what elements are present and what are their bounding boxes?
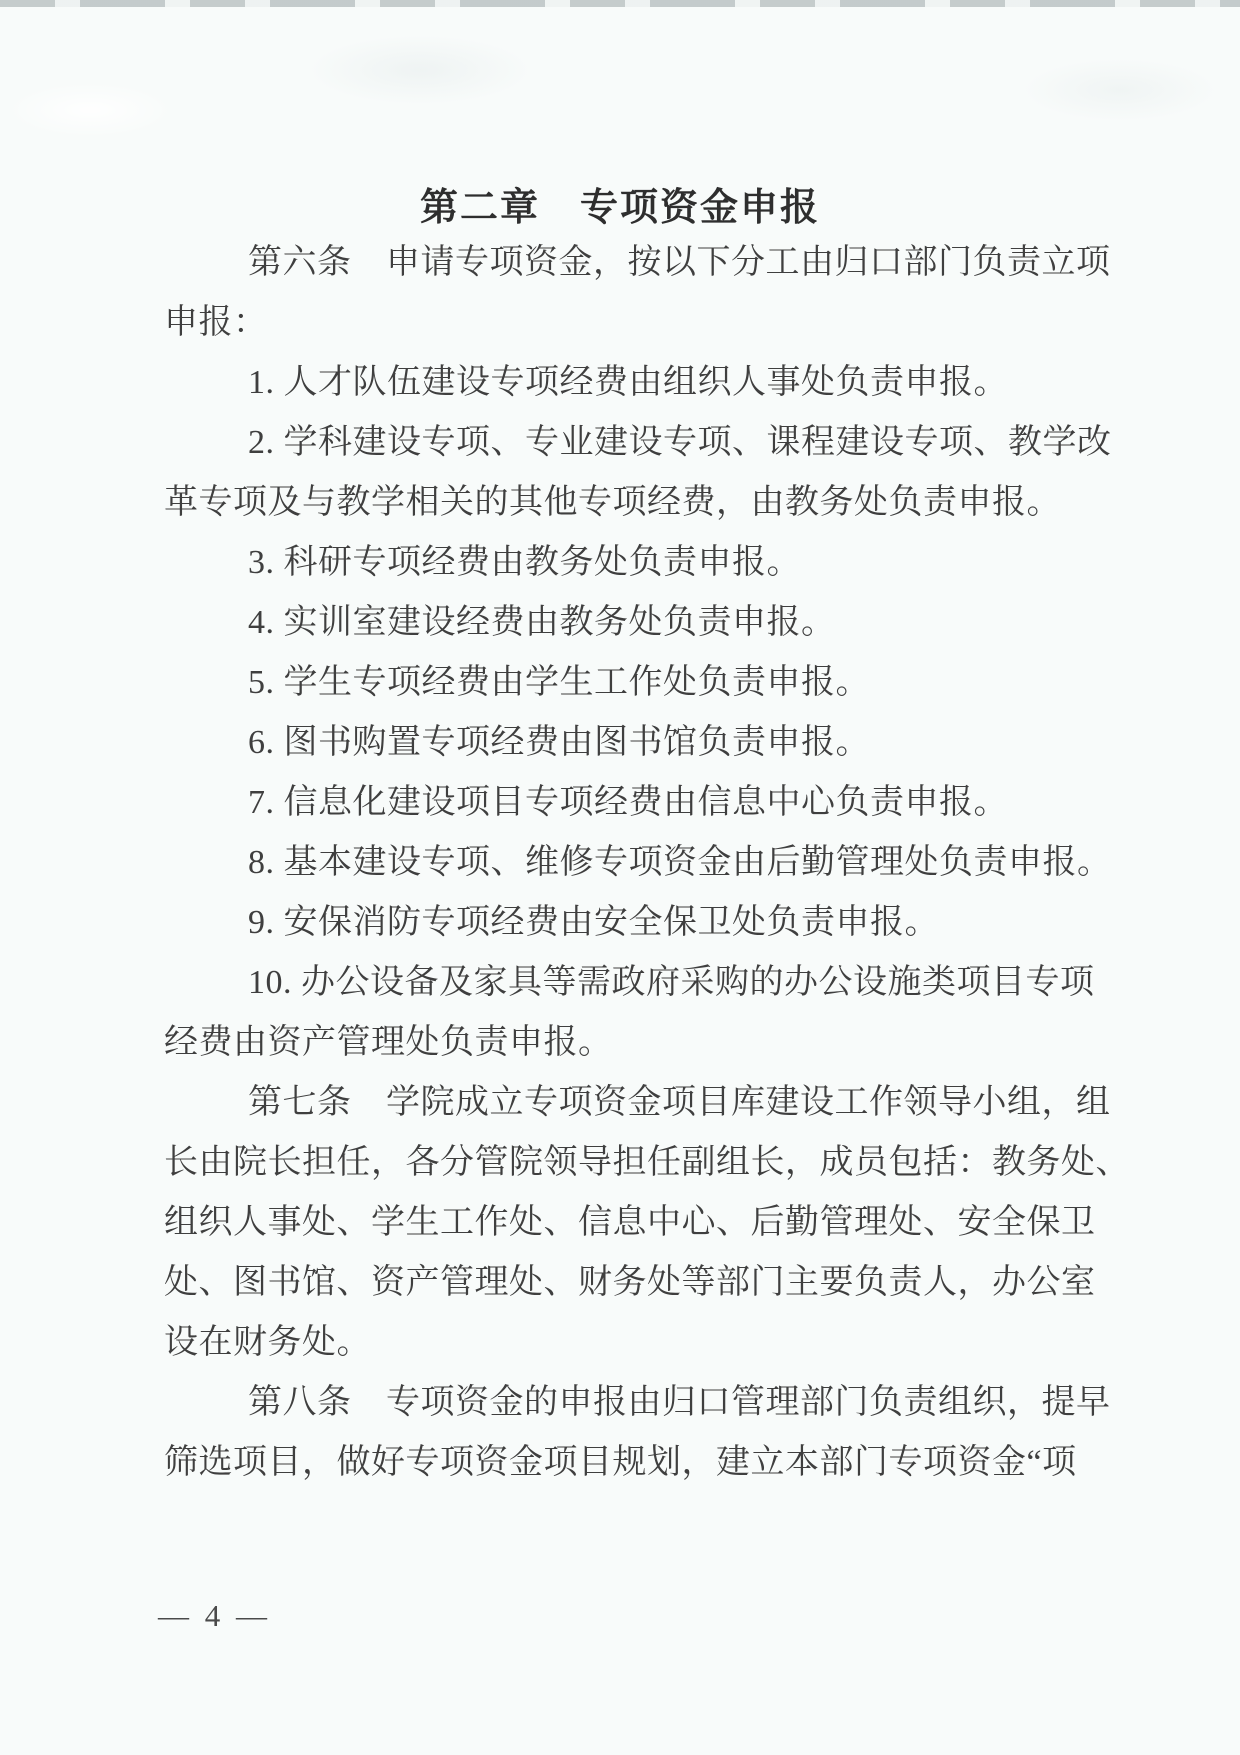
body-line: 经费由资产管理处负责申报。 — [164, 1013, 1104, 1073]
body-line: 2. 学科建设专项、专业建设专项、课程建设专项、教学改 — [164, 413, 1104, 473]
body-line: 8. 基本建设专项、维修专项资金由后勤管理处负责申报。 — [164, 833, 1104, 893]
body-line: 6. 图书购置专项经费由图书馆负责申报。 — [164, 713, 1104, 773]
body-line: 组织人事处、学生工作处、信息中心、后勤管理处、安全保卫 — [164, 1193, 1104, 1253]
body-line: 9. 安保消防专项经费由安全保卫处负责申报。 — [164, 893, 1104, 953]
body-line: 第八条 专项资金的申报由归口管理部门负责组织，提早 — [164, 1373, 1104, 1433]
body-line: 处、图书馆、资产管理处、财务处等部门主要负责人，办公室 — [164, 1253, 1104, 1313]
document-page: 第二章 专项资金申报 第六条 申请专项资金，按以下分工由归口部门负责立项 申报：… — [0, 0, 1240, 1755]
body-line: 10. 办公设备及家具等需政府采购的办公设施类项目专项 — [164, 953, 1104, 1013]
body-line: 设在财务处。 — [164, 1313, 1104, 1373]
body-line: 第六条 申请专项资金，按以下分工由归口部门负责立项 — [164, 233, 1104, 293]
body-line: 7. 信息化建设项目专项经费由信息中心负责申报。 — [164, 773, 1104, 833]
body-line: 1. 人才队伍建设专项经费由组织人事处负责申报。 — [164, 353, 1104, 413]
page-number: — 4 — — [158, 1598, 271, 1634]
body-line: 4. 实训室建设经费由教务处负责申报。 — [164, 593, 1104, 653]
body-line: 5. 学生专项经费由学生工作处负责申报。 — [164, 653, 1104, 713]
chapter-title: 第二章 专项资金申报 — [0, 176, 1240, 231]
body-line: 第七条 学院成立专项资金项目库建设工作领导小组，组 — [164, 1073, 1104, 1133]
body-line: 长由院长担任，各分管院领导担任副组长，成员包括：教务处、 — [164, 1133, 1104, 1193]
body-line: 革专项及与教学相关的其他专项经费，由教务处负责申报。 — [164, 473, 1104, 533]
body-line: 筛选项目，做好专项资金项目规划，建立本部门专项资金“项 — [164, 1433, 1104, 1493]
body-line: 申报： — [164, 293, 1104, 353]
body-line: 3. 科研专项经费由教务处负责申报。 — [164, 533, 1104, 593]
document-body: 第六条 申请专项资金，按以下分工由归口部门负责立项 申报： 1. 人才队伍建设专… — [164, 233, 1104, 1493]
scan-edge-artifact — [0, 0, 1240, 7]
